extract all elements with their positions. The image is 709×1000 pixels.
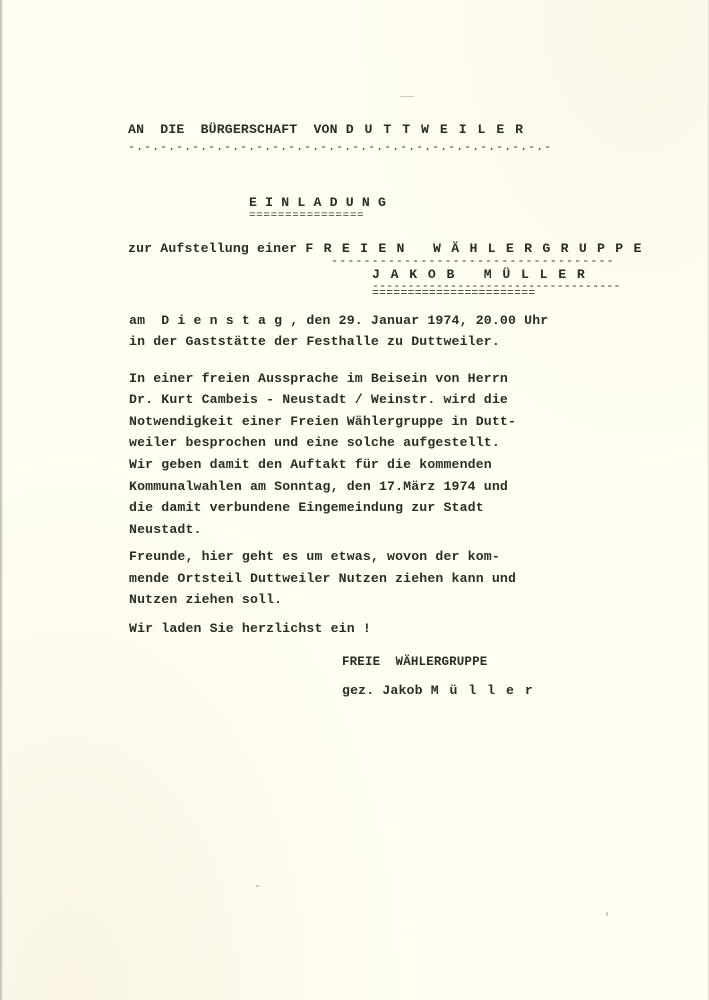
date-line: am D i e n s t a g , den 29. Januar 1974… [129,313,548,328]
scan-speck [256,885,259,887]
signature-name: M ü l l e r [431,683,535,698]
addressee-prefix: AN DIE BÜRGERSCHAFT VON [128,122,346,137]
paragraph-1-line: In einer freien Aussprache im Beisein vo… [129,371,508,386]
closing-line: Wir laden Sie herzlichst ein ! [129,621,371,636]
addressee-line: AN DIE BÜRGERSCHAFT VON D U T T W E I L … [128,122,525,137]
addressee-place: D U T T W E I L E R [346,122,525,137]
paragraph-1-line: Notwendigkeit einer Freien Wählergruppe … [129,414,516,429]
paragraph-1-line: Dr. Kurt Cambeis - Neustadt / Weinstr. w… [129,392,508,407]
paragraph-2-line: Nutzen ziehen soll. [129,592,282,607]
scan-speck [400,96,414,97]
paragraph-1-line: Kommunalwahlen am Sonntag, den 17.März 1… [129,479,508,494]
scanned-paper: AN DIE BÜRGERSCHAFT VON D U T T W E I L … [0,0,709,1000]
title-rule: ================ [249,210,364,222]
paragraph-1-line: Wir geben damit den Auftakt für die komm… [129,457,492,472]
paragraph-1-line: weiler besprochen und eine solche aufges… [129,435,500,450]
scan-speck [606,912,608,916]
paragraph-1-line: die damit verbundene Eingemeindung zur S… [129,500,484,515]
signature-line: gez. Jakob M ü l l e r [342,683,534,698]
paragraph-1-line: Neustadt. [129,522,202,537]
purpose-prefix: zur Aufstellung einer [128,241,305,256]
signature-organization: FREIE WÄHLERGRUPPE [342,655,487,669]
paper-edge-left [0,0,3,1000]
signature-prefix: gez. Jakob [342,683,431,698]
paragraph-2-line: mende Ortsteil Duttweiler Nutzen ziehen … [129,571,516,586]
addressee-rule: -.-.-.-.-.-.-.-.-.-.-.-.-.-.-.-.-.-.-.-.… [128,140,552,154]
group-rule: ----------------------------------- [331,254,615,268]
candidate-rule-2: ======================= [372,287,535,300]
invitation-title: E I N L A D U N G [249,195,386,210]
venue-line: in der Gaststätte der Festhalle zu Duttw… [129,334,500,349]
paragraph-2-line: Freunde, hier geht es um etwas, wovon de… [129,549,500,564]
